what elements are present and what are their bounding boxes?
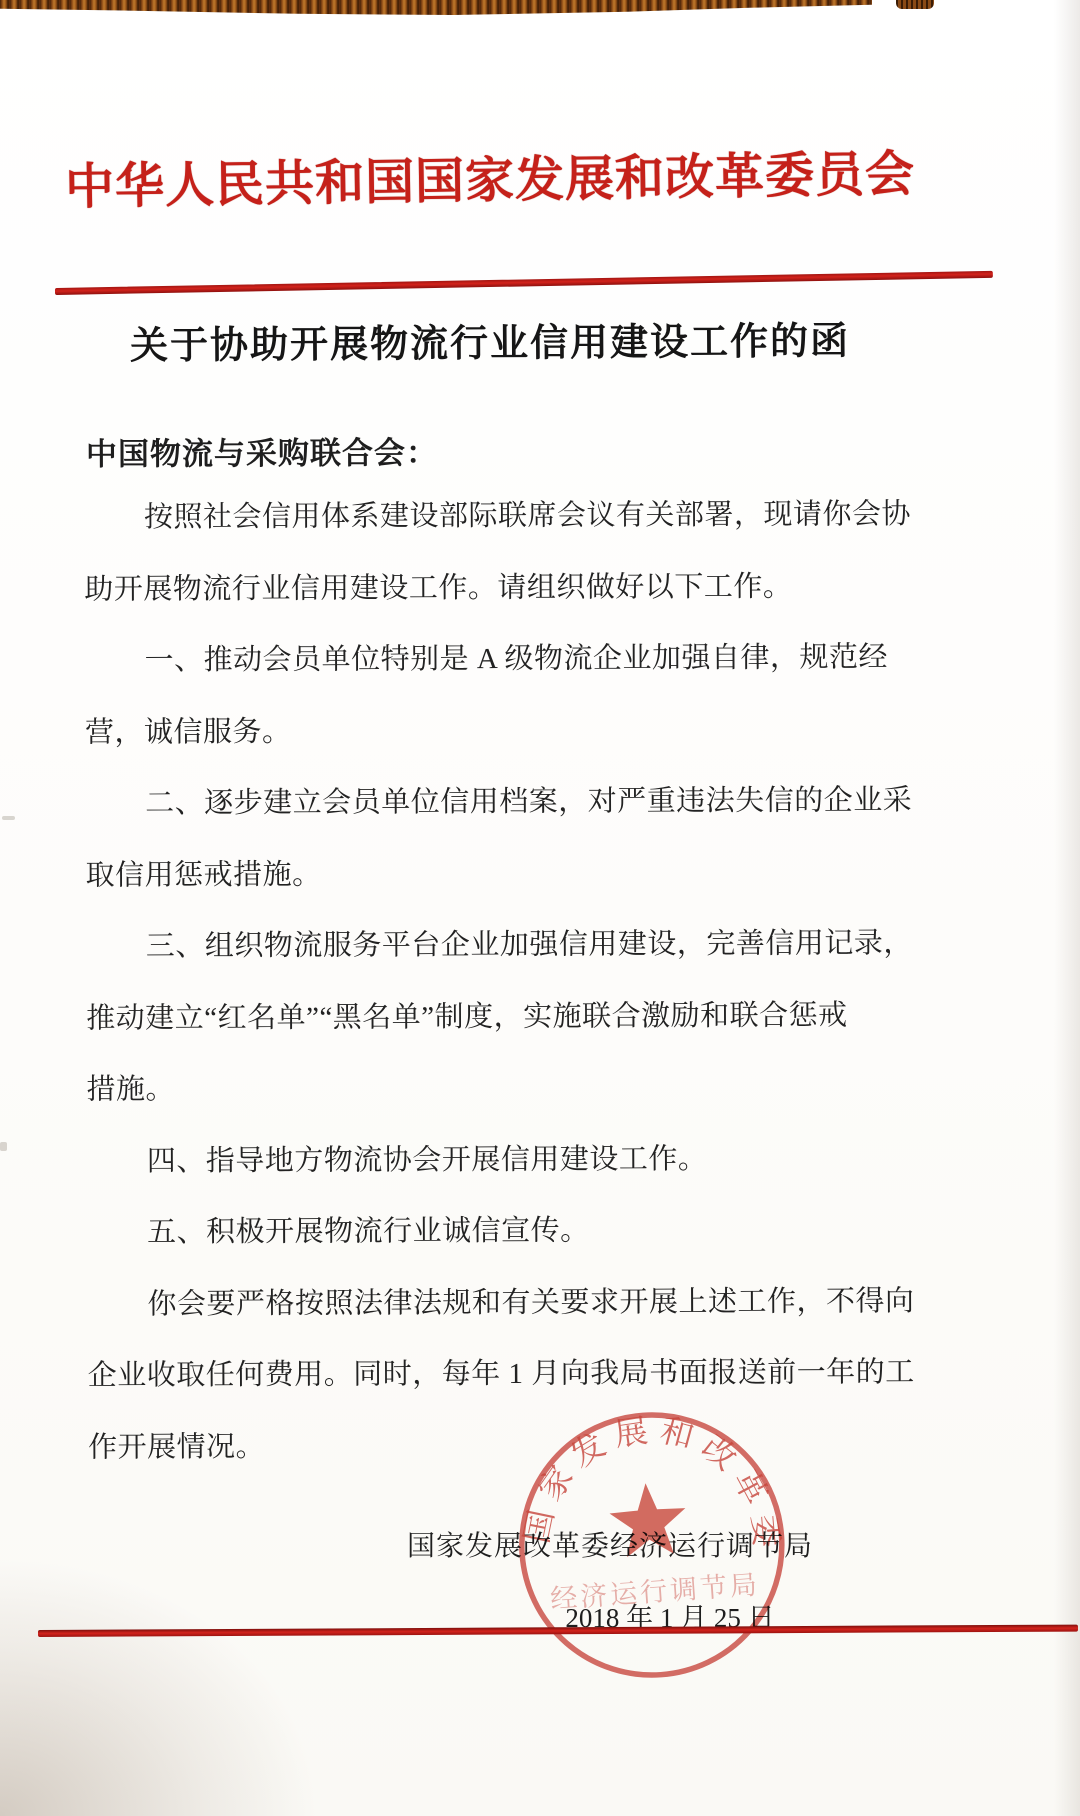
scan-edge-wood-fragment xyxy=(896,0,934,9)
body-line: 企业收取任何费用。同时，每年 1 月向我局书面报送前一年的工 xyxy=(88,1337,912,1412)
body-line: 一、推动会员单位特别是 A 级物流企业加强自律，规范经 xyxy=(84,622,908,697)
letterhead-agency-name: 中华人民共和国国家发展和改革委员会 xyxy=(40,135,941,219)
scan-edge-wood-texture xyxy=(0,0,872,15)
seal-bottom-text: 经济运行调节局 xyxy=(549,1570,761,1615)
seal-ring-text: 国家发展和改革委员会 xyxy=(502,1396,785,1576)
body-line: 按照社会信用体系建设部际联席会议有关部署，现请你会协 xyxy=(84,479,908,554)
body-line: 助开展物流行业信用建设工作。请组织做好以下工作。 xyxy=(84,551,908,626)
body-line: 三、组织物流服务平台企业加强信用建设，完善信用记录， xyxy=(86,908,910,983)
body-line: 取信用惩戒措施。 xyxy=(85,837,909,912)
body-line: 五、积极开展物流行业诚信宣传。 xyxy=(87,1194,911,1269)
body-text: 按照社会信用体系建设部际联席会议有关部署，现请你会协 助开展物流行业信用建设工作… xyxy=(84,479,912,1484)
body-line: 营，诚信服务。 xyxy=(85,694,909,769)
body-line: 你会要严格按照法律法规和有关要求开展上述工作，不得向 xyxy=(87,1266,911,1341)
body-line: 推动建立“红名单”“黑名单”制度，实施联合激励和联合惩戒 xyxy=(86,980,910,1055)
scan-smudge xyxy=(2,816,15,820)
body-line: 作开展情况。 xyxy=(88,1409,912,1484)
seal-star-icon xyxy=(608,1481,689,1559)
page-shadow xyxy=(0,1556,320,1816)
document-title: 关于协助开展物流行业信用建设工作的函 xyxy=(90,309,890,370)
scanned-document-page: 中华人民共和国国家发展和改革委员会 关于协助开展物流行业信用建设工作的函 中国物… xyxy=(0,0,1080,1816)
body-line: 措施。 xyxy=(86,1051,910,1126)
addressee-line: 中国物流与采购联合会： xyxy=(86,427,438,474)
page-shadow xyxy=(1054,0,1080,1816)
scan-smudge xyxy=(0,1142,7,1151)
official-seal: 国家发展和改革委员会 经济运行调节局 xyxy=(502,1396,801,1700)
letterhead-red-rule xyxy=(55,271,993,295)
body-line: 四、指导地方物流协会开展信用建设工作。 xyxy=(87,1123,911,1198)
body-line: 二、逐步建立会员单位信用档案，对严重违法失信的企业采 xyxy=(85,765,909,840)
